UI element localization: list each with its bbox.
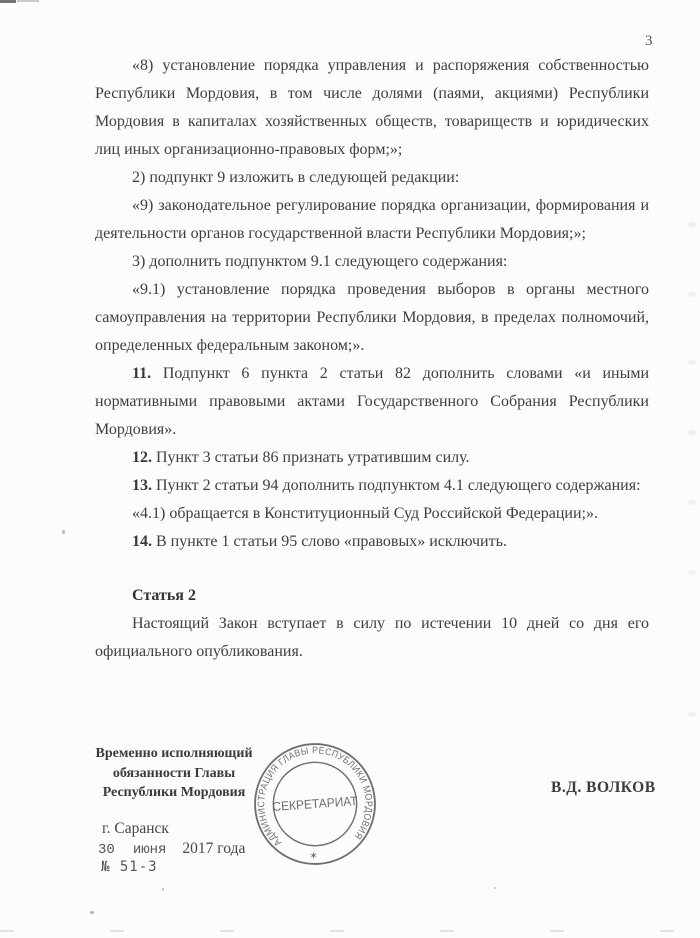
scan-artifact-smudge (687, 292, 696, 297)
date-year: 2017 года (182, 840, 245, 857)
paragraph: «8) установление порядка управления и ра… (95, 52, 649, 164)
stamp-star-icon: ✶ (309, 851, 318, 863)
stamp-ring-text: АДМИНИСТРАЦИЯ ГЛАВЫ РЕСПУБЛИКИ МОРДОВИЯ (252, 741, 376, 849)
scan-artifact-corner (0, 0, 16, 3)
official-title: Временно исполняющий обязанности Главы Р… (93, 744, 255, 803)
official-title-line: Республики Мордовия (93, 783, 255, 803)
scan-artifact-smudge (687, 222, 696, 227)
paragraph: «9) законодательное регулирование порядк… (95, 192, 649, 248)
scan-artifact-smudge (687, 500, 696, 505)
scan-artifact-smudge (687, 712, 696, 717)
scan-artifact-speck (494, 887, 496, 889)
signer-name: В.Д. ВОЛКОВ (551, 779, 656, 797)
official-stamp: АДМИНИСТРАЦИЯ ГЛАВЫ РЕСПУБЛИКИ МОРДОВИЯ … (247, 736, 384, 873)
scan-artifact-smudge (687, 430, 696, 435)
paragraph: 13. Пункт 2 статьи 94 дополнить подпункт… (95, 472, 649, 500)
official-title-line: Временно исполняющий (93, 744, 255, 764)
scan-artifact-bottom-edge (0, 930, 700, 932)
stamp-center-text: СЕКРЕТАРИАТ (272, 794, 358, 814)
date-day: 30 (98, 842, 115, 858)
article-heading: Статья 2 (95, 582, 649, 610)
paragraph: 3) дополнить подпунктом 9.1 следующего с… (95, 248, 649, 276)
date-month: июня (133, 842, 167, 858)
scan-artifact-smudge (687, 570, 696, 575)
svg-text:АДМИНИСТРАЦИЯ ГЛАВЫ РЕСПУБЛИ: АДМИНИСТРАЦИЯ ГЛАВЫ РЕСПУБЛИКИ МОРДОВИЯ (252, 741, 376, 849)
paragraph: 11. Подпункт 6 пункта 2 статьи 82 дополн… (95, 360, 649, 444)
page-number: 3 (645, 33, 653, 50)
scan-artifact-speck (62, 530, 65, 534)
scan-artifact-corner (17, 0, 39, 2)
scan-artifact-speck (162, 888, 164, 891)
document-number: № 51-З (101, 859, 158, 875)
paragraph: 14. В пункте 1 статьи 95 слово «правовых… (95, 528, 649, 556)
paragraph: 2) подпункт 9 изложить в следующей редак… (95, 164, 649, 192)
article-body: Настоящий Закон вступает в силу по истеч… (95, 610, 649, 666)
paragraph: 12. Пункт 3 статьи 86 признать утративши… (95, 444, 649, 472)
scan-artifact-smudge (687, 360, 696, 365)
signature-city: г. Саранск (102, 820, 169, 838)
scan-artifact-speck (90, 911, 94, 914)
paragraph: «4.1) обращается в Конституционный Суд Р… (95, 500, 649, 528)
signature-date: 30июня2017 года (98, 840, 245, 858)
paragraph: «9.1) установление порядка проведения вы… (95, 276, 649, 360)
official-title-line: обязанности Главы (93, 764, 255, 784)
document-body: «8) установление порядка управления и ра… (95, 52, 649, 666)
